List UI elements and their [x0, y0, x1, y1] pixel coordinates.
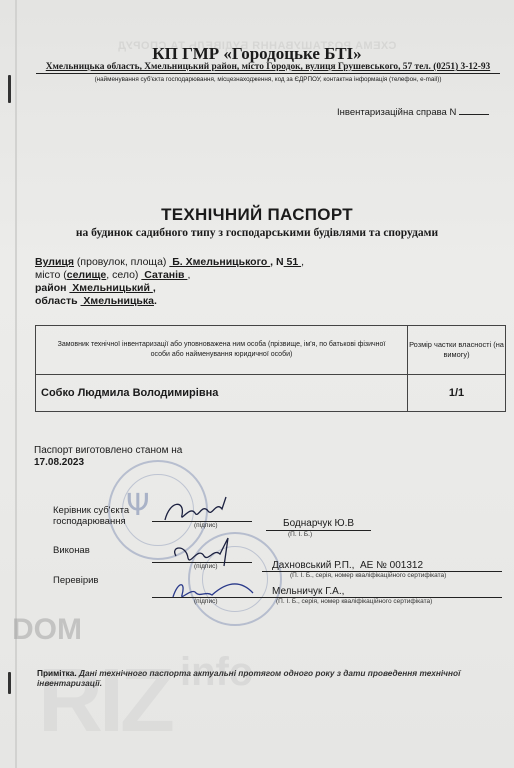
inventory-case: Інвентаризаційна справа N — [337, 107, 489, 118]
head-name: Боднарчук Ю.В — [283, 518, 354, 529]
binding-mark — [8, 75, 11, 103]
district-label: район — [35, 282, 69, 294]
number-label: , N — [270, 256, 283, 268]
performer-name: Дахновський Р.П., АЕ № 001312 — [272, 560, 423, 571]
table-header-row: Замовник технічної інвентаризації або уп… — [36, 326, 506, 375]
document-title: ТЕХНІЧНИЙ ПАСПОРТ — [0, 205, 514, 225]
region-line: область Хмельницька. — [35, 295, 157, 308]
note: Примітка. Дані технічного паспорта актуа… — [37, 668, 487, 688]
note-text: Дані технічного паспорта актуальні протя… — [37, 668, 460, 688]
organization-name: КП ГМР «Городоцьке БТІ» — [0, 44, 514, 64]
watermark-riz: RIZ — [38, 650, 171, 753]
performer-name-caption: (П. І. Б., серія, номер кваліфікаційного… — [290, 572, 446, 579]
issued-label: Паспорт виготовлено станом на — [34, 445, 182, 457]
watermark-dom: DOM — [12, 613, 82, 647]
street-line: Вулиця (провулок, площа) Б. Хмельницьког… — [35, 256, 304, 269]
page-fold — [15, 0, 17, 768]
performer-signature — [168, 536, 238, 571]
table-row: Собко Людмила Володимирівна 1/1 — [36, 375, 506, 412]
district-line: район Хмельницький , — [35, 282, 156, 295]
organization-address: Хмельницька область, Хмельницький район,… — [36, 62, 500, 74]
owner-name: Собко Людмила Володимирівна — [36, 375, 408, 412]
head-name-caption: (П. І. Б.) — [288, 531, 312, 538]
street-label-rest: (провулок, площа) — [74, 256, 169, 268]
checker-signature — [168, 575, 258, 603]
owners-table: Замовник технічної інвентаризації або уп… — [35, 325, 506, 412]
city-value: Сатанів — [141, 269, 187, 281]
head-label: Керівник суб'єкта господарювання — [53, 505, 135, 527]
ownership-share: 1/1 — [408, 375, 506, 412]
share-header: Розмір частки власності (на вимогу) — [408, 326, 506, 375]
checker-name: Мельничук Г.А., — [272, 586, 344, 597]
note-label: Примітка. — [37, 668, 77, 678]
inventory-case-blank — [459, 114, 489, 115]
performer-label: Виконав — [53, 545, 90, 556]
head-name-line — [266, 530, 371, 531]
street-value: Б. Хмельницького — [169, 256, 270, 268]
head-signature — [160, 495, 230, 530]
customer-header: Замовник технічної інвентаризації або уп… — [36, 326, 408, 375]
binding-mark — [8, 672, 11, 694]
region-label: область — [35, 295, 81, 307]
city-label-post: , село) — [106, 269, 141, 281]
city-label: місто ( — [35, 269, 67, 281]
house-number: 51 — [284, 256, 302, 268]
region-value: Хмельницька — [81, 295, 154, 307]
inventory-case-label: Інвентаризаційна справа N — [337, 107, 456, 118]
city-line: місто (селище, село) Сатанів , — [35, 269, 190, 282]
district-value: Хмельницький — [69, 282, 152, 294]
city-type: селище — [67, 269, 107, 281]
street-label: Вулиця — [35, 256, 74, 268]
organization-caption: (найменування суб'єкта господарювання, м… — [36, 76, 500, 83]
checker-name-caption: (П. І. Б., серія, номер кваліфікаційного… — [276, 598, 432, 605]
document-subtitle: на будинок садибного типу з господарськи… — [0, 227, 514, 239]
checker-label: Перевірив — [53, 575, 98, 586]
